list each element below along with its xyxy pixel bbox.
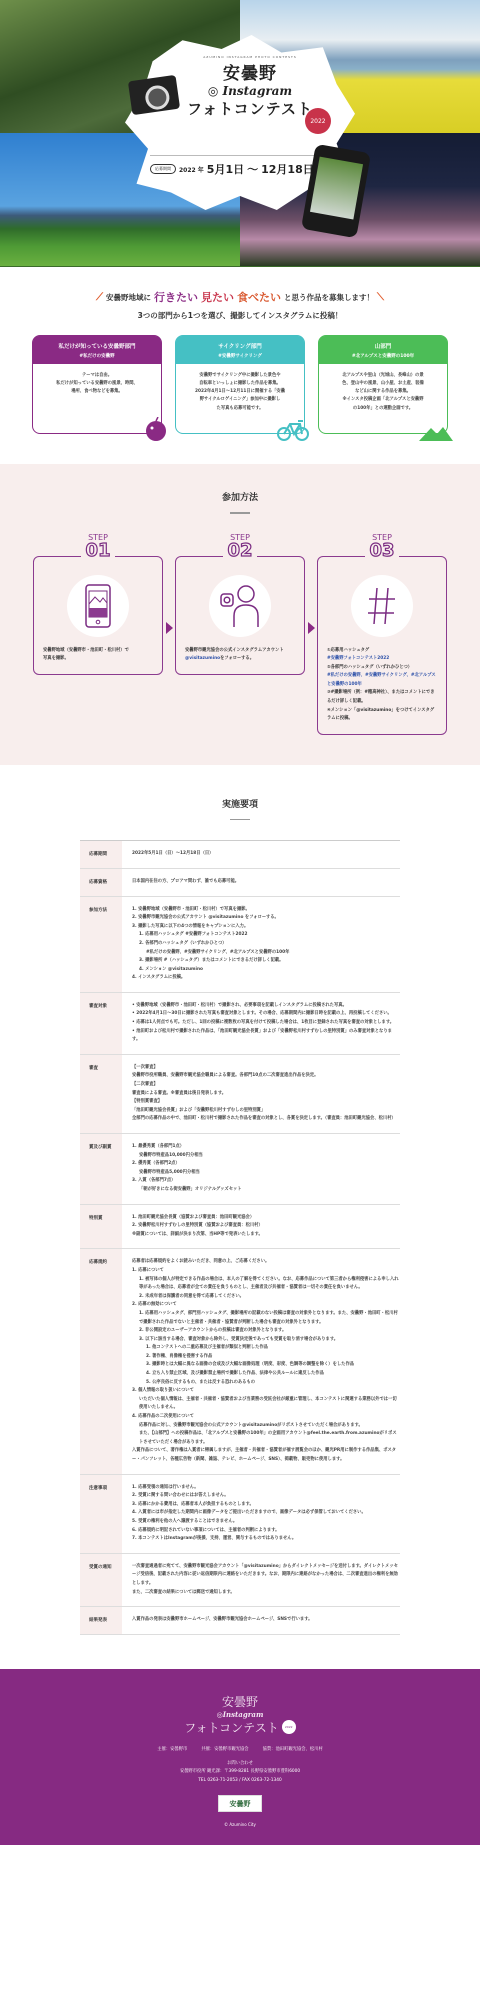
table-row: 応募規約応募者は応募規約をよくお読みいただき、同意の上、ご応募ください。1. 応… [80,1249,400,1474]
row-key: 結果発表 [80,1607,122,1634]
category-card-mountain: 山部門 #北アルプスと安曇野の100年 北アルプスや里山（光城山、長峰山）の景 … [318,335,448,434]
section-title: 参加方法 [0,490,480,503]
table-row: 特別賞1. 池田町観光協会長賞（協賛および審査員：池田町観光協会）2. 安曇野松… [80,1205,400,1250]
logo-title-azumino: 安曇野 [150,59,350,84]
row-key: 応募規約 [80,1249,122,1473]
azumino-city-logo-link[interactable]: 安曇野 [218,1795,262,1812]
intro-sub: 3つの部門から1つを選び、撮影してインスタグラムに投稿！ [0,310,480,321]
organizers: 主催：安曇野市 共催：安曇野市観光協会 協賛：池田町観光協会、松川村 [0,1746,480,1752]
title-divider [230,819,250,821]
step-3: STEP03 ①応募用ハッシュタグ #安曇野フォトコンテスト2022 ②各部門の… [317,534,447,735]
sparkle-right-icon: ⟍ [377,292,384,303]
category-card-watashi: 私だけが知っている安曇野部門 #私だけの安曇野 テーマは自由。 私だけが知ってい… [32,335,162,434]
footer: 安曇野 ◎Instagram フォトコンテスト2022 主催：安曇野市 共催：安… [0,1669,480,1845]
sparkle-left-icon: ⟋ [96,292,103,303]
row-key: 審査 [80,1055,122,1133]
how-to-enter-section: 参加方法 STEP01 安曇野地域（安曇野市・池田町・松川村）で 写真を撮影。 … [0,464,480,765]
contact-info: お問い合わせ 安曇野市役所 観光課：〒399-8281 長野県安曇野市豊科600… [0,1760,480,1786]
table-row: 審査対象• 安曇野地域（安曇野市・池田町・松川村）で撮影され、必要事項を記載しイ… [80,993,400,1055]
hashtag-link[interactable]: #安曇野フォトコンテスト2022 [327,655,437,664]
entry-period: 応募期間 2022 年 5月1日 〜 12月18日 [150,155,320,177]
row-key: 参加方法 [80,897,122,992]
row-value: 【一次審査】安曇野市役所職員、安曇野市観光協会職員による審査。各部門10点の二次… [122,1055,400,1133]
section-title: 実施要項 [0,797,480,810]
footer-logo: 安曇野 ◎Instagram フォトコンテスト2022 [0,1693,480,1736]
table-row: 応募期間2022年5月1日（日）〜12月18日（日） [80,841,400,869]
table-row: 審査【一次審査】安曇野市役所職員、安曇野市観光協会職員による審査。各部門10点の… [80,1055,400,1134]
instagram-icon: ◎ [208,84,218,98]
row-value: 応募者は応募規約をよくお読みいただき、同意の上、ご応募ください。1. 応募につい… [122,1249,400,1473]
row-key: 受賞の通知 [80,1554,122,1606]
row-value: 1. 池田町観光協会長賞（協賛および審査員：池田町観光協会）2. 安曇野松川村す… [122,1205,400,1249]
table-row: 受賞の通知一次審査通過者に宛てて、安曇野市観光協会アカウント「@visitazu… [80,1554,400,1607]
table-row: 参加方法1. 安曇野地域（安曇野市・池田町・松川村）で写真を撮影。2. 安曇野市… [80,897,400,993]
visitazumino-link[interactable]: @visitazumino [185,656,220,661]
requirements-section: 実施要項 応募期間2022年5月1日（日）〜12月18日（日）応募資格日本国内在… [0,765,480,1669]
category-cards: 私だけが知っている安曇野部門 #私だけの安曇野 テーマは自由。 私だけが知ってい… [0,335,480,464]
row-key: 特別賞 [80,1205,122,1249]
period-label: 応募期間 [150,164,176,174]
hashtag-icon [367,586,397,626]
row-value: 一次審査通過者に宛てて、安曇野市観光協会アカウント「@visitazumino」… [122,1554,400,1606]
mountain-icon [419,425,453,441]
hashtag-link[interactable]: #私だけの安曇野、#安曇野サイクリング、#北アルプスと安曇野の100年 [327,672,437,689]
row-key: 応募期間 [80,841,122,868]
row-value: 2022年5月1日（日）〜12月18日（日） [122,841,400,868]
period-end: 12月18日 [261,161,314,177]
row-value: • 安曇野地域（安曇野市・池田町・松川村）で撮影され、必要事項を記載しインスタグ… [122,993,400,1054]
step-2: STEP02 安曇野市観光協会の公式インスタグラムアカウント@visitazum… [175,534,305,675]
row-value: 1. 最優秀賞（各部門1点）安曇野市特産品10,000円分相当2. 優秀賞（各部… [122,1134,400,1204]
category-card-cycling: サイクリング部門 #安曇野サイクリング 安曇野でサイクリング中に撮影した景色や … [175,335,305,434]
table-row: 結果発表入賞作品の発表は安曇野市ホームページ、安曇野市観光協会ホームページ、SN… [80,1607,400,1635]
title-divider [230,512,250,514]
row-value: 1. 応募受領の通知は行いません。2. 受賞に関する問い合わせにはお答えしません… [122,1475,400,1553]
hero-banner: AZUMINO INSTAGRAM PHOTO CONTESTS 安曇野 ◎ I… [0,0,480,267]
step-1: STEP01 安曇野地域（安曇野市・池田町・松川村）で 写真を撮影。 [33,534,163,675]
year-badge: 2022 [305,108,331,134]
table-row: 賞及び副賞1. 最優秀賞（各部門1点）安曇野市特産品10,000円分相当2. 優… [80,1134,400,1205]
smartphone-photo-icon [85,584,111,628]
copyright: © Azumino City [0,1822,480,1827]
row-value: 日本国内在住の方、プロアマ問わず、誰でも応募可能。 [122,869,400,896]
row-key: 応募資格 [80,869,122,896]
table-row: 注意事項1. 応募受領の通知は行いません。2. 受賞に関する問い合わせにはお答え… [80,1475,400,1554]
requirements-table: 応募期間2022年5月1日（日）〜12月18日（日）応募資格日本国内在住の方、プ… [80,840,400,1634]
row-value: 1. 安曇野地域（安曇野市・池田町・松川村）で写真を撮影。2. 安曇野市観光協会… [122,897,400,992]
row-value: 入賞作品の発表は安曇野市ホームページ、安曇野市観光協会ホームページ、SNSで行い… [122,1607,400,1634]
instagram-follow-icon [220,584,260,628]
arrow-right-icon [308,622,315,634]
row-key: 注意事項 [80,1475,122,1553]
row-key: 賞及び副賞 [80,1134,122,1204]
apple-icon [145,417,167,441]
bicycle-icon [276,419,310,441]
intro-lead: ⟋ 安曇野地域に 行きたい 見たい 食べたい と思う作品を募集します！ ⟍ [0,289,480,305]
period-start: 5月1日 [207,161,244,177]
arrow-right-icon [166,622,173,634]
row-key: 審査対象 [80,993,122,1054]
intro-section: ⟋ 安曇野地域に 行きたい 見たい 食べたい と思う作品を募集します！ ⟍ 3つ… [0,267,480,464]
logo-title-instagram: Instagram [223,84,293,98]
table-row: 応募資格日本国内在住の方、プロアマ問わず、誰でも応募可能。 [80,869,400,897]
